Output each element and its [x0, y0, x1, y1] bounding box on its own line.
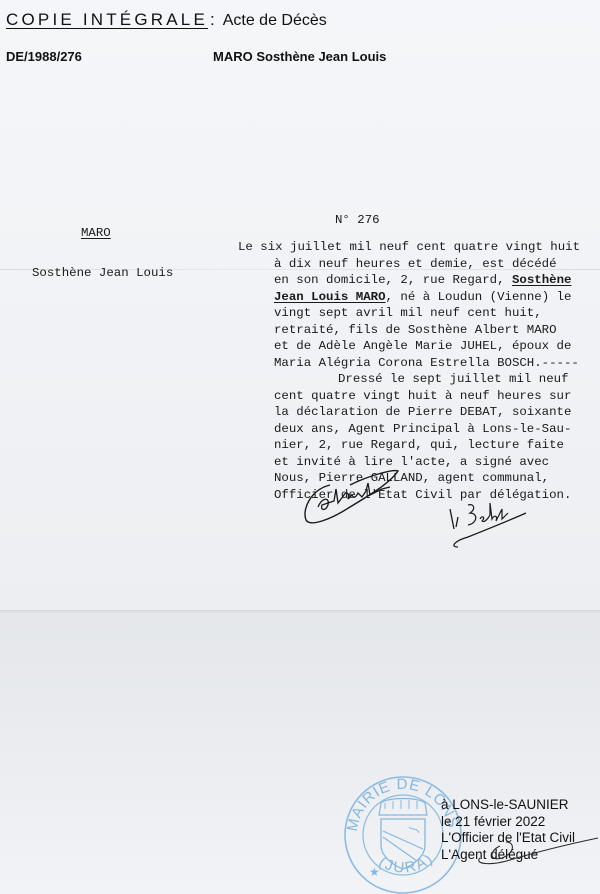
margin-given-names: Sosthène Jean Louis: [32, 266, 173, 280]
act-line: et invité à lire l'acte, a signé avec: [238, 454, 600, 471]
deceased-name-underlined: Jean Louis MARO: [274, 290, 386, 304]
certification-place: à LONS-le-SAUNIER: [441, 797, 575, 814]
act-line: retraité, fils de Sosthène Albert MARO: [238, 322, 600, 339]
document-title: COPIE INTÉGRALE:Acte de Décès: [6, 10, 327, 30]
document-type: Acte de Décès: [223, 12, 327, 29]
title-separator: :: [210, 10, 215, 29]
act-line: vingt sept avril mil neuf cent huit,: [238, 305, 600, 322]
paper-fold-line: [0, 610, 600, 613]
margin-surname: MARO: [81, 226, 111, 240]
act-line: et de Adèle Angèle Marie JUHEL, époux de: [238, 338, 600, 355]
act-line: Jean Louis MARO, né à Loudun (Vienne) le: [238, 289, 600, 306]
deceased-name-underlined: Sosthène: [512, 273, 572, 287]
agent-signature: [470, 828, 600, 868]
act-reference: DE/1988/276: [6, 49, 82, 64]
declarant-signature: [448, 495, 528, 550]
act-line: à dix neuf heures et demie, est décédé: [238, 256, 600, 273]
act-body-text: Le six juillet mil neuf cent quatre ving…: [238, 239, 600, 503]
svg-text:★: ★: [369, 865, 380, 879]
act-line: en son domicile, 2, rue Regard, Sosthène: [238, 272, 600, 289]
act-number: N° 276: [335, 213, 380, 227]
deceased-full-name: MARO Sosthène Jean Louis: [213, 49, 386, 64]
act-line: cent quatre vingt huit à neuf heures sur: [238, 388, 600, 405]
act-line: la déclaration de Pierre DEBAT, soixante: [238, 404, 600, 421]
act-line: deux ans, Agent Principal à Lons-le-Sau-: [238, 421, 600, 438]
officer-signature: [300, 465, 405, 530]
act-line: Nous, Pierre GALLAND, agent communal,: [238, 470, 600, 487]
act-line: Officier de l'Etat Civil par délégation.: [238, 487, 600, 504]
act-line: Maria Alégria Corona Estrella BOSCH.----…: [238, 355, 600, 372]
title-text: COPIE INTÉGRALE: [6, 10, 208, 29]
act-line: nier, 2, rue Regard, qui, lecture faite: [238, 437, 600, 454]
act-line: Le six juillet mil neuf cent quatre ving…: [238, 239, 600, 256]
act-line: Dressé le sept juillet mil neuf: [238, 371, 600, 388]
